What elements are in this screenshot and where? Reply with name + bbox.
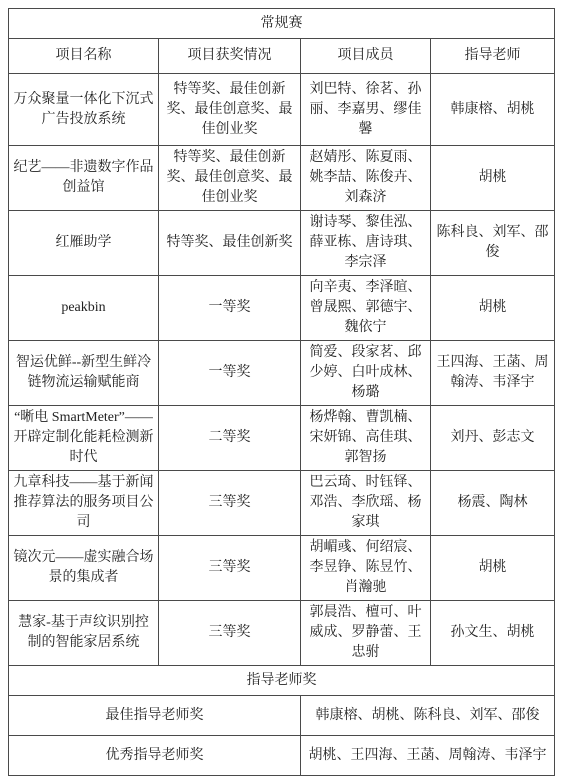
teacher-award-names-cell: 韩康榕、胡桃、陈科良、刘军、邵俊 bbox=[301, 696, 555, 736]
column-header-award: 项目获奖情况 bbox=[159, 39, 301, 74]
advisors-cell: 胡桃 bbox=[431, 536, 555, 601]
award-cell: 特等奖、最佳创新奖 bbox=[159, 211, 301, 276]
regular-season-header: 常规赛 bbox=[9, 9, 555, 39]
members-cell: 胡嵋彧、何绍宸、李昱铮、陈昱竹、肖瀚驰 bbox=[301, 536, 431, 601]
teacher-awards-header: 指导老师奖 bbox=[9, 666, 555, 696]
advisors-cell: 韩康榕、胡桃 bbox=[431, 74, 555, 146]
document-page: 常规赛 项目名称 项目获奖情况 项目成员 指导老师 万众聚量一体化下沉式广告投放… bbox=[0, 0, 562, 750]
award-cell: 二等奖 bbox=[159, 406, 301, 471]
members-cell: 巴云琦、时钰铎、邓浩、李欣瑶、杨家琪 bbox=[301, 471, 431, 536]
awards-table: 常规赛 项目名称 项目获奖情况 项目成员 指导老师 万众聚量一体化下沉式广告投放… bbox=[8, 8, 555, 776]
table-row: 九章科技——基于新闻推荐算法的服务项目公司 三等奖 巴云琦、时钰铎、邓浩、李欣瑶… bbox=[9, 471, 555, 536]
table-row: 纪艺——非遗数字作品创益馆 特等奖、最佳创新奖、最佳创意奖、最佳创业奖 赵婧彤、… bbox=[9, 146, 555, 211]
table-row: 红雁助学 特等奖、最佳创新奖 谢诗琴、黎佳泓、薛亚栋、唐诗琪、李宗泽 陈科良、刘… bbox=[9, 211, 555, 276]
members-cell: 赵婧彤、陈夏雨、姚李喆、陈俊卉、刘森济 bbox=[301, 146, 431, 211]
teacher-award-names-cell: 胡桃、王四海、王菡、周翰涛、韦泽宇 bbox=[301, 736, 555, 776]
award-cell: 三等奖 bbox=[159, 471, 301, 536]
award-cell: 一等奖 bbox=[159, 276, 301, 341]
project-name-cell: 镜次元——虚实融合场景的集成者 bbox=[9, 536, 159, 601]
column-header-row: 项目名称 项目获奖情况 项目成员 指导老师 bbox=[9, 39, 555, 74]
project-name-cell: peakbin bbox=[9, 276, 159, 341]
project-name-cell: 智运优鲜--新型生鲜冷链物流运输赋能商 bbox=[9, 341, 159, 406]
award-cell: 一等奖 bbox=[159, 341, 301, 406]
table-row: 最佳指导老师奖 韩康榕、胡桃、陈科良、刘军、邵俊 bbox=[9, 696, 555, 736]
advisors-cell: 刘丹、彭志文 bbox=[431, 406, 555, 471]
members-cell: 简爱、段家茗、邱少婷、白叶成林、杨璐 bbox=[301, 341, 431, 406]
table-row: 万众聚量一体化下沉式广告投放系统 特等奖、最佳创新奖、最佳创意奖、最佳创业奖 刘… bbox=[9, 74, 555, 146]
table-row: 智运优鲜--新型生鲜冷链物流运输赋能商 一等奖 简爱、段家茗、邱少婷、白叶成林、… bbox=[9, 341, 555, 406]
award-cell: 特等奖、最佳创新奖、最佳创意奖、最佳创业奖 bbox=[159, 146, 301, 211]
advisors-cell: 陈科良、刘军、邵俊 bbox=[431, 211, 555, 276]
project-name-cell: 万众聚量一体化下沉式广告投放系统 bbox=[9, 74, 159, 146]
members-cell: 刘巴特、徐茗、孙丽、李嘉男、缪佳馨 bbox=[301, 74, 431, 146]
project-name-cell: “晰电 SmartMeter”——开辟定制化能耗检测新时代 bbox=[9, 406, 159, 471]
award-cell: 三等奖 bbox=[159, 536, 301, 601]
members-cell: 向辛夷、李泽暄、曾晟熙、郭德宇、魏依宁 bbox=[301, 276, 431, 341]
project-name-cell: 纪艺——非遗数字作品创益馆 bbox=[9, 146, 159, 211]
award-cell: 特等奖、最佳创新奖、最佳创意奖、最佳创业奖 bbox=[159, 74, 301, 146]
column-header-project-name: 项目名称 bbox=[9, 39, 159, 74]
award-cell: 三等奖 bbox=[159, 601, 301, 666]
project-name-cell: 红雁助学 bbox=[9, 211, 159, 276]
teacher-award-label-cell: 最佳指导老师奖 bbox=[9, 696, 301, 736]
project-name-cell: 慧家-基于声纹识别控制的智能家居系统 bbox=[9, 601, 159, 666]
advisors-cell: 孙文生、胡桃 bbox=[431, 601, 555, 666]
column-header-members: 项目成员 bbox=[301, 39, 431, 74]
teacher-award-label-cell: 优秀指导老师奖 bbox=[9, 736, 301, 776]
advisors-cell: 杨震、陶林 bbox=[431, 471, 555, 536]
table-row: 优秀指导老师奖 胡桃、王四海、王菡、周翰涛、韦泽宇 bbox=[9, 736, 555, 776]
advisors-cell: 胡桃 bbox=[431, 146, 555, 211]
column-header-advisors: 指导老师 bbox=[431, 39, 555, 74]
members-cell: 谢诗琴、黎佳泓、薛亚栋、唐诗琪、李宗泽 bbox=[301, 211, 431, 276]
table-row: 镜次元——虚实融合场景的集成者 三等奖 胡嵋彧、何绍宸、李昱铮、陈昱竹、肖瀚驰 … bbox=[9, 536, 555, 601]
table-row: “晰电 SmartMeter”——开辟定制化能耗检测新时代 二等奖 杨烨翰、曹凯… bbox=[9, 406, 555, 471]
advisors-cell: 胡桃 bbox=[431, 276, 555, 341]
table-row: peakbin 一等奖 向辛夷、李泽暄、曾晟熙、郭德宇、魏依宁 胡桃 bbox=[9, 276, 555, 341]
members-cell: 郭晨浩、檀可、叶威成、罗静蕾、王忠驸 bbox=[301, 601, 431, 666]
table-row: 慧家-基于声纹识别控制的智能家居系统 三等奖 郭晨浩、檀可、叶威成、罗静蕾、王忠… bbox=[9, 601, 555, 666]
advisors-cell: 王四海、王菡、周翰涛、韦泽宇 bbox=[431, 341, 555, 406]
members-cell: 杨烨翰、曹凯楠、宋妍锦、高佳琪、郭智扬 bbox=[301, 406, 431, 471]
project-name-cell: 九章科技——基于新闻推荐算法的服务项目公司 bbox=[9, 471, 159, 536]
